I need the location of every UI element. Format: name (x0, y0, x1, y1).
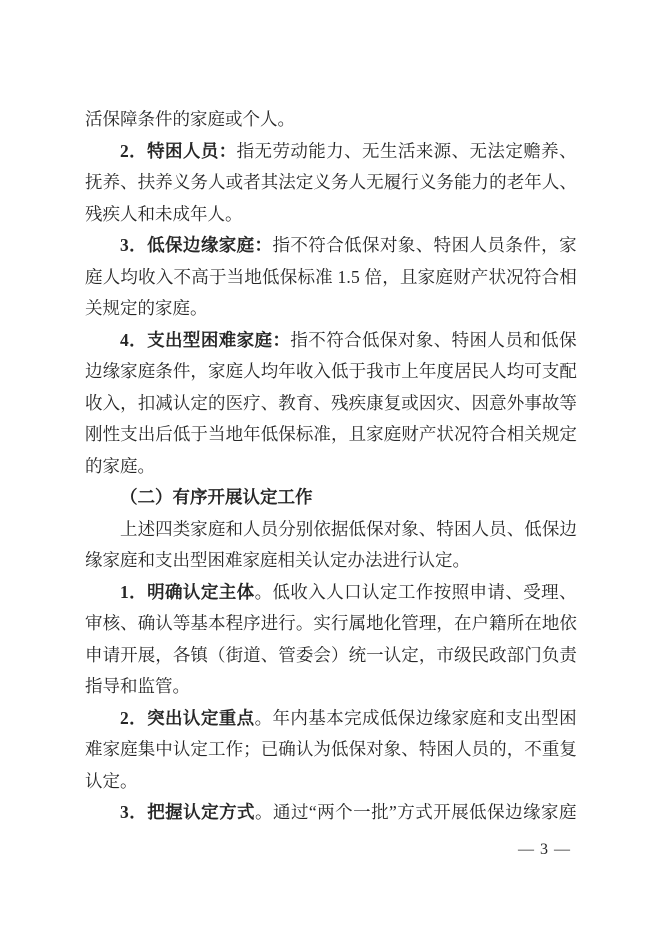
text-line: 1．明确认定主体。低收入人口认定工作按照申请、受理、 (85, 577, 577, 609)
text-line: 刚性支出后低于当地年低保标准，且家庭财产状况符合相关规定 (85, 419, 577, 451)
page-number: — 3 — (518, 841, 571, 858)
page-footer: — 3 — (0, 841, 660, 859)
text-line: 抚养、扶养义务人或者其法定义务人无履行义务能力的老年人、 (85, 167, 577, 199)
text-run: 难家庭集中认定工作；已确认为低保对象、特困人员的，不重复 (85, 739, 577, 759)
text-run: 收入，扣减认定的医疗、教育、残疾康复或因灾、因意外事故等 (85, 393, 577, 413)
text-line: 边缘家庭条件，家庭人均年收入低于我市上年度居民人均可支配 (85, 356, 577, 388)
text-line: 认定。 (85, 766, 577, 798)
text-run-bold: 3．把握认定方式 (120, 802, 255, 822)
document-page: 活保障条件的家庭或个人。2．特困人员：指无劳动能力、无生活来源、无法定赡养、抚养… (0, 0, 660, 934)
text-run-bold: 3．低保边缘家庭： (120, 235, 272, 255)
document-body: 活保障条件的家庭或个人。2．特困人员：指无劳动能力、无生活来源、无法定赡养、抚养… (85, 104, 577, 829)
text-run: 。低收入人口认定工作按照申请、受理、 (255, 582, 577, 602)
text-run-bold: （二）有序开展认定工作 (120, 487, 313, 507)
text-run: 指无劳动能力、无生活来源、无法定赡养、 (237, 141, 577, 161)
text-run: 审核、确认等基本程序进行。实行属地化管理，在户籍所在地依 (85, 613, 577, 633)
text-line: 难家庭集中认定工作；已确认为低保对象、特困人员的，不重复 (85, 734, 577, 766)
text-run: 庭人均收入不高于当地低保标准 1.5 倍，且家庭财产状况符合相 (85, 267, 577, 287)
text-line: 3．把握认定方式。通过“两个一批”方式开展低保边缘家庭 (85, 797, 577, 829)
text-line: 4．支出型困难家庭：指不符合低保对象、特困人员和低保 (85, 325, 577, 357)
text-run: 指导和监管。 (85, 676, 190, 696)
text-run-bold: 2．特困人员： (120, 141, 237, 161)
text-run-bold: 1．明确认定主体 (120, 582, 255, 602)
text-run: 申请开展，各镇（街道、管委会）统一认定，市级民政部门负责 (85, 645, 577, 665)
text-line: 申请开展，各镇（街道、管委会）统一认定，市级民政部门负责 (85, 640, 577, 672)
text-run: 边缘家庭条件，家庭人均年收入低于我市上年度居民人均可支配 (85, 361, 577, 381)
text-run: 认定。 (85, 771, 138, 791)
text-run-bold: 2．突出认定重点 (120, 708, 255, 728)
text-run: 指不符合低保对象、特困人员和低保 (290, 330, 577, 350)
text-line: 缘家庭和支出型困难家庭相关认定办法进行认定。 (85, 545, 577, 577)
text-line: 收入，扣减认定的医疗、教育、残疾康复或因灾、因意外事故等 (85, 388, 577, 420)
text-line: 2．特困人员：指无劳动能力、无生活来源、无法定赡养、 (85, 136, 577, 168)
text-line: 庭人均收入不高于当地低保标准 1.5 倍，且家庭财产状况符合相 (85, 262, 577, 294)
text-run: 残疾人和未成年人。 (85, 204, 243, 224)
text-run: 指不符合低保对象、特困人员条件，家 (272, 235, 577, 255)
text-run: 刚性支出后低于当地年低保标准，且家庭财产状况符合相关规定 (85, 424, 577, 444)
text-run: 关规定的家庭。 (85, 298, 208, 318)
text-run: 的家庭。 (85, 456, 155, 476)
text-line: 关规定的家庭。 (85, 293, 577, 325)
text-line: 指导和监管。 (85, 671, 577, 703)
text-line: 残疾人和未成年人。 (85, 199, 577, 231)
text-run: 。通过“两个一批”方式开展低保边缘家庭 (255, 802, 577, 822)
text-run: 抚养、扶养义务人或者其法定义务人无履行义务能力的老年人、 (85, 172, 577, 192)
text-run: 。年内基本完成低保边缘家庭和支出型困 (255, 708, 577, 728)
text-run: 缘家庭和支出型困难家庭相关认定办法进行认定。 (85, 550, 470, 570)
text-line: 活保障条件的家庭或个人。 (85, 104, 577, 136)
text-line: 3．低保边缘家庭：指不符合低保对象、特困人员条件，家 (85, 230, 577, 262)
text-line: 2．突出认定重点。年内基本完成低保边缘家庭和支出型困 (85, 703, 577, 735)
text-line: 审核、确认等基本程序进行。实行属地化管理，在户籍所在地依 (85, 608, 577, 640)
text-run-bold: 4．支出型困难家庭： (120, 330, 290, 350)
text-line: （二）有序开展认定工作 (85, 482, 577, 514)
text-run: 活保障条件的家庭或个人。 (85, 109, 295, 129)
text-line: 的家庭。 (85, 451, 577, 483)
text-line: 上述四类家庭和人员分别依据低保对象、特困人员、低保边 (85, 514, 577, 546)
text-run: 上述四类家庭和人员分别依据低保对象、特困人员、低保边 (120, 519, 577, 539)
